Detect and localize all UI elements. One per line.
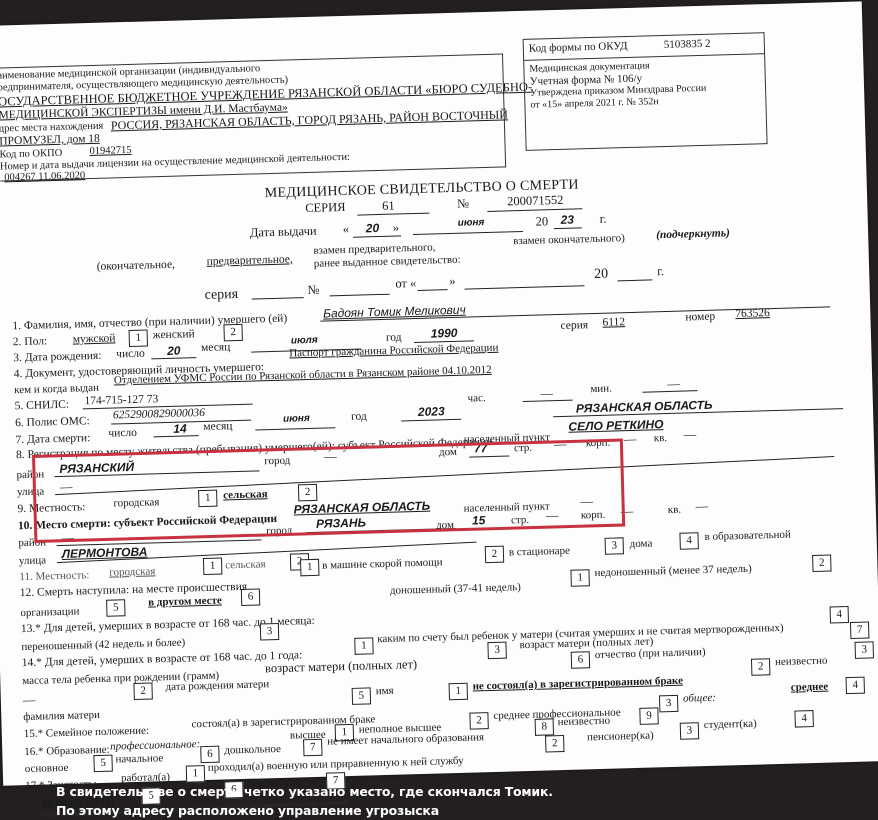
checkbox-6[interactable]: 6 xyxy=(571,651,590,669)
snils-value: 174-715-127 73 xyxy=(84,393,158,407)
issue-month: июня xyxy=(458,217,485,229)
checkbox-5[interactable]: 5 xyxy=(93,755,112,773)
registration-settlement: СЕЛО РЕТКИНО xyxy=(568,417,663,434)
death-certificate-document: аименование медицинской организации (инд… xyxy=(0,1,878,785)
underline-hint: (подчеркнуть) xyxy=(656,227,730,241)
checkbox-6[interactable]: 6 xyxy=(241,588,260,606)
passport-number: 763526 xyxy=(735,307,770,320)
passport-series: 6112 xyxy=(602,316,625,329)
issue-date-label: Дата выдачи xyxy=(250,224,317,241)
checkbox-3[interactable]: 3 xyxy=(680,722,699,740)
checkbox-1[interactable]: 1 xyxy=(449,683,468,701)
form-code-block: Код формы по ОКУД 5103835 2 Медицинская … xyxy=(523,32,768,151)
checkbox-3[interactable]: 3 xyxy=(605,537,624,555)
checkbox-2[interactable]: 2 xyxy=(751,658,770,676)
type-final: (окончательное, xyxy=(97,259,176,273)
checkbox-7[interactable]: 7 xyxy=(303,739,322,757)
birth-month: июля xyxy=(291,335,318,347)
caption: В свидетельстве о смерти четко указано м… xyxy=(56,782,553,820)
highlight-box xyxy=(32,438,625,542)
series-value: 61 xyxy=(382,199,395,214)
caption-line-1: В свидетельстве о смерти четко указано м… xyxy=(56,782,553,801)
birth-day: 20 xyxy=(167,344,181,358)
death-day: 14 xyxy=(173,421,187,435)
checkbox-1[interactable]: 1 xyxy=(203,558,222,576)
checkbox-4[interactable]: 4 xyxy=(846,677,865,695)
death-place-other: в другом месте xyxy=(148,595,222,609)
checkbox-4[interactable]: 4 xyxy=(794,710,813,728)
document-type: Паспорт гражданина Российской Федерации xyxy=(289,342,498,360)
checkbox-3[interactable]: 3 xyxy=(855,641,874,659)
address-value: ПРОМУЗЕЛ, дом 18 xyxy=(0,133,100,148)
checkbox-1[interactable]: 1 xyxy=(186,765,205,783)
checkbox-5[interactable]: 5 xyxy=(352,687,371,705)
checkbox-4[interactable]: 4 xyxy=(679,532,698,550)
okud-value: 5103835 2 xyxy=(664,38,711,51)
series-label: СЕРИЯ xyxy=(305,200,346,216)
checkbox-9[interactable]: 9 xyxy=(639,707,658,725)
death-year: 2023 xyxy=(418,404,445,419)
checkbox-3[interactable]: 3 xyxy=(487,642,506,660)
number-label: № xyxy=(457,196,469,211)
organization-block: аименование медицинской организации (инд… xyxy=(0,53,506,181)
okud-label: Код формы по ОКУД xyxy=(529,40,628,55)
birth-year: 1990 xyxy=(431,326,458,341)
license-value: 004267 11.06.2020 xyxy=(4,170,85,185)
issue-day: 20 xyxy=(366,221,380,235)
checkbox-2[interactable]: 2 xyxy=(812,554,831,572)
checkbox-6[interactable]: 6 xyxy=(200,746,219,764)
marital-status-selected: не состоял(а) в зарегистрированном браке xyxy=(472,675,683,693)
checkbox-3[interactable]: 3 xyxy=(260,623,279,641)
checkbox-3[interactable]: 3 xyxy=(659,695,678,713)
type-preliminary: предварительное, xyxy=(207,253,293,267)
checkbox-4[interactable]: 4 xyxy=(830,606,849,624)
checkbox-2[interactable]: 2 xyxy=(469,712,488,730)
checkbox-1[interactable]: 1 xyxy=(354,637,373,655)
checkbox-2[interactable]: 2 xyxy=(545,735,564,753)
checkbox-1[interactable]: 1 xyxy=(570,569,589,587)
sex-female: женский xyxy=(153,328,195,341)
checkbox-2[interactable]: 2 xyxy=(223,324,242,342)
checkbox-8[interactable]: 8 xyxy=(535,718,554,736)
checkbox-5[interactable]: 5 xyxy=(106,599,125,617)
education-general-selected: среднее xyxy=(791,681,829,694)
caption-line-2: По этому адресу расположено управление у… xyxy=(56,801,553,820)
number-value: 200071552 xyxy=(507,193,564,210)
okpo-value: 01942715 xyxy=(89,145,131,159)
checkbox-7[interactable]: 7 xyxy=(850,621,869,639)
checkbox-1[interactable]: 1 xyxy=(129,329,148,347)
death-month: июня xyxy=(283,413,310,425)
type-replace-final: взамен окончательного) xyxy=(513,232,625,247)
checkbox-1[interactable]: 1 xyxy=(300,559,319,577)
checkbox-2[interactable]: 2 xyxy=(133,682,152,700)
checkbox-2[interactable]: 2 xyxy=(485,546,504,564)
oms-policy: 6252900829000036 xyxy=(113,407,205,422)
field-1-label: 1. Фамилия, имя, отчество (при наличии) … xyxy=(12,313,287,333)
sex-male: мужской xyxy=(73,332,116,345)
issue-year: 23 xyxy=(560,213,574,227)
issue-year-prefix: 20 xyxy=(535,214,548,229)
